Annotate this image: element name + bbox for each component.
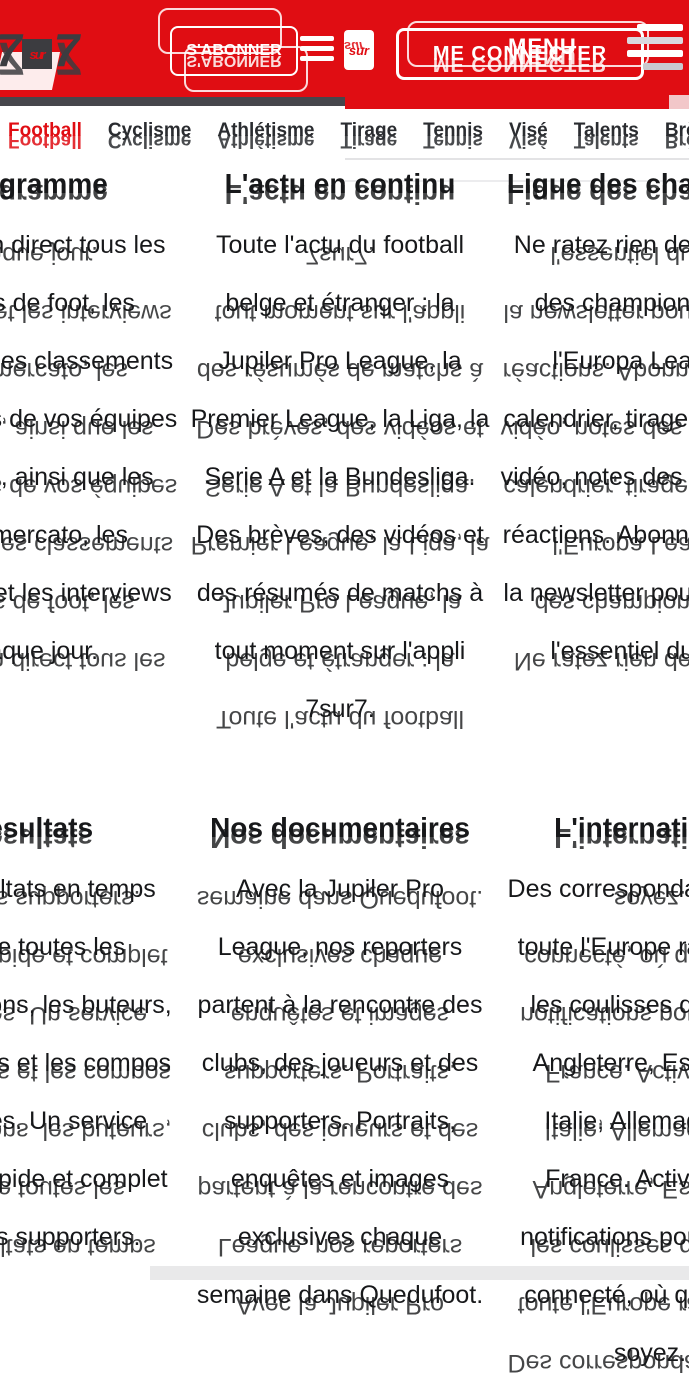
nav-item-breves[interactable]: Brèves [665,120,689,142]
divider [345,158,689,160]
footer-text-area: Programme Suivez en direct tous les matc… [0,168,689,1280]
column-text: Ne ratez rien de la Ligue des champions … [500,216,689,680]
header: 7 sur 7 S'ABONNER sur ME CONNECTER MENU [0,0,689,97]
column: Programme Suivez en direct tous les matc… [0,168,180,738]
column-heading: L'international [500,812,689,844]
column: L'actu en continu Toute l'actu du footba… [190,168,490,738]
header-bottom-strip [0,97,689,109]
menu-label: MENU [508,34,577,60]
nav-item-football[interactable]: Football [8,120,82,142]
section-2: Résultats Les résultats en temps réel de… [0,812,689,1280]
category-nav: Football Cyclisme Athlétisme Tirage Tenn… [0,109,689,153]
logo-seven-right: 7 [54,23,78,77]
nav-item-vise[interactable]: Visé [509,120,548,142]
column-heading: Résultats [0,812,180,844]
column: Résultats Les résultats en temps réel de… [0,812,180,1280]
column-text: Avec la Jupiler Pro League, nos reporter… [190,860,490,1280]
bottom-bar [150,1266,689,1280]
column-text: Les résultats en temps réel de toutes le… [0,860,180,1266]
hamburger-menu-icon[interactable] [627,24,683,76]
column-heading: Ligue des champions [500,168,689,200]
column-text: Toute l'actu du football belge et étrang… [190,216,490,738]
logo-sur-box: sur [22,39,52,69]
subscribe-button-label: S'ABONNER [186,42,281,60]
dark-strip [0,97,345,106]
site-logo[interactable]: 7 sur 7 [0,22,77,78]
logo-seven-left: 7 [0,23,20,77]
column-text: Des correspondants dans toute l'Europe r… [500,860,689,1280]
column-heading: Programme [0,168,180,200]
nav-item-cyclisme[interactable]: Cyclisme [108,120,191,142]
column-heading: Nos documentaires [190,812,490,844]
column: L'international Des correspondants dans … [500,812,689,1280]
column: Nos documentaires Avec la Jupiler Pro Le… [190,812,490,1280]
nav-item-talents[interactable]: Talents [574,120,639,142]
red-strip [345,97,689,109]
logo-fragment-icon: sur [344,30,374,70]
column: Ligue des champions Ne ratez rien de la … [500,168,689,738]
nav-item-tennis[interactable]: Tennis [423,120,483,142]
section-1: Programme Suivez en direct tous les matc… [0,168,689,738]
column-text: Suivez en direct tous les matchs de foot… [0,216,180,680]
nav-item-tirage[interactable]: Tirage [340,120,397,142]
nav-item-athletisme[interactable]: Athlétisme [217,120,314,142]
lines-icon [300,36,334,62]
column-heading: L'actu en continu [190,168,490,200]
subscribe-button[interactable]: S'ABONNER [170,26,298,76]
